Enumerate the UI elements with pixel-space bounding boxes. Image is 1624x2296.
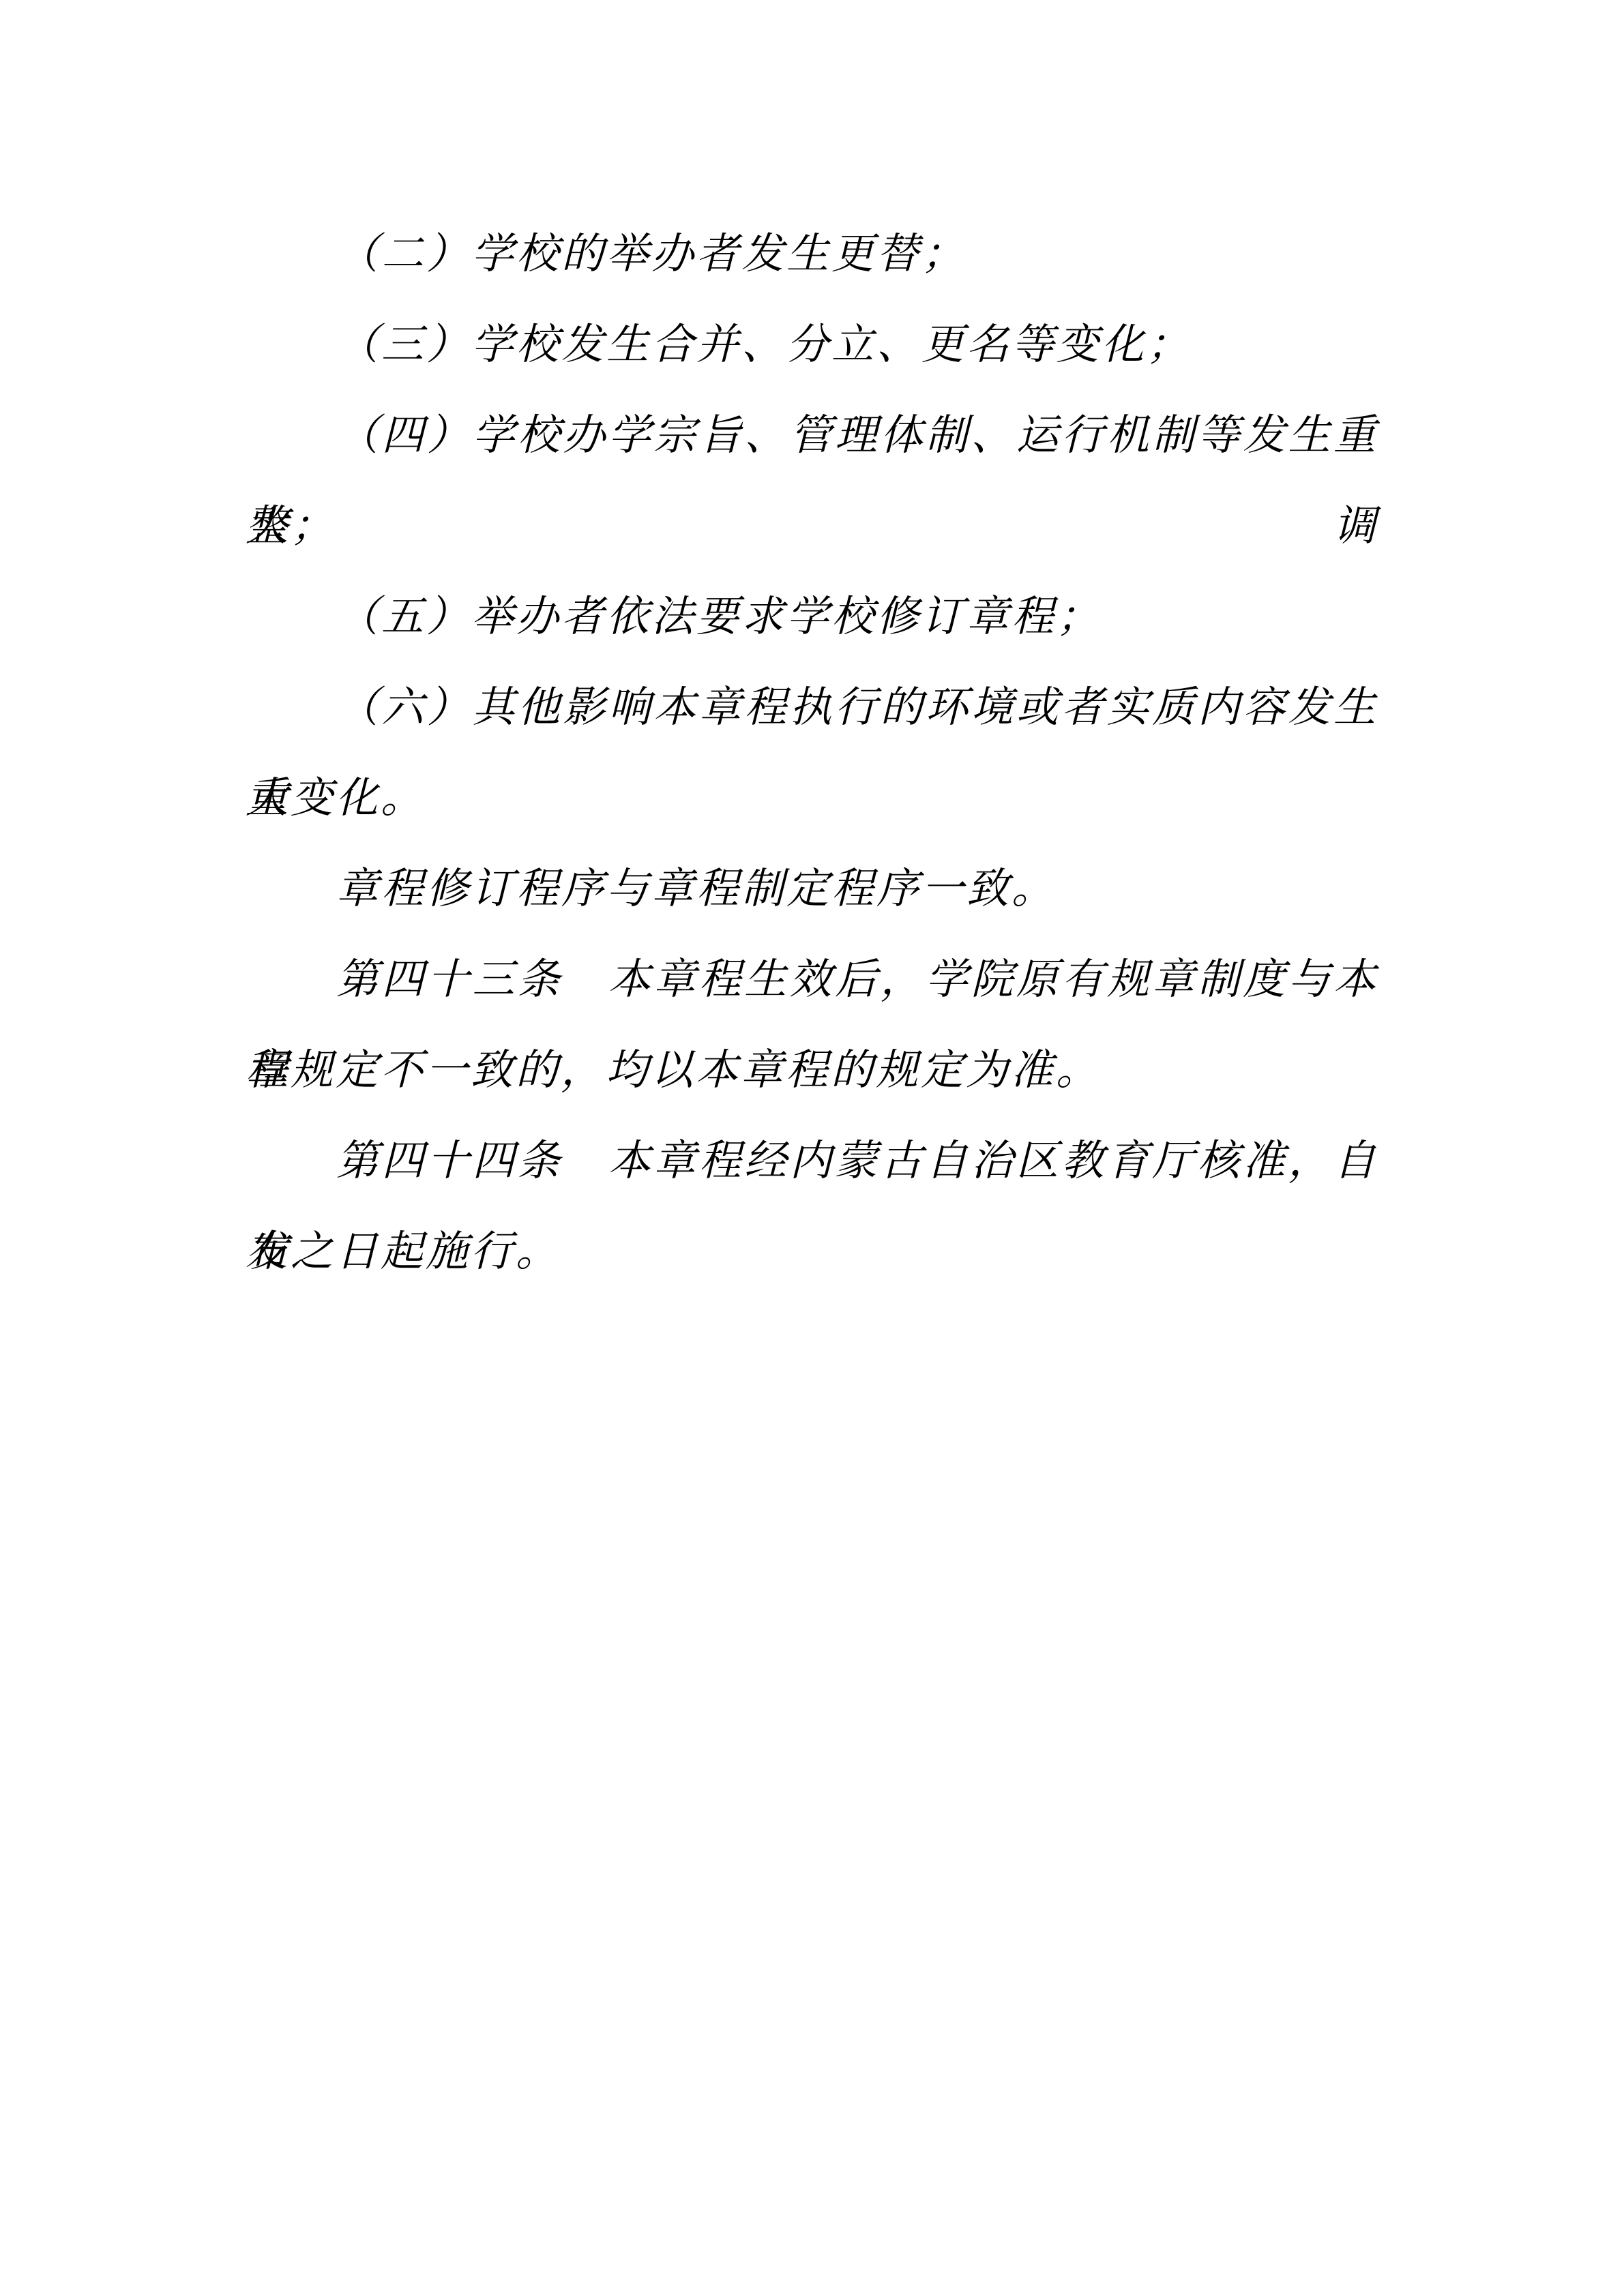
text-line: 程规定不一致的，均以本章程的规定为准。 — [246, 1026, 1378, 1116]
text-line: 第四十四条 本章程经内蒙古自治区教育厅核准，自发 — [246, 1116, 1378, 1207]
document-text-block: （二）学校的举办者发生更替；（三）学校发生合并、分立、更名等变化；（四）学校办学… — [246, 209, 1378, 1298]
text-line: （二）学校的举办者发生更替； — [246, 209, 1378, 300]
text-line: （五）举办者依法要求学校修订章程； — [246, 572, 1378, 663]
text-line: 第四十三条 本章程生效后，学院原有规章制度与本章 — [246, 935, 1378, 1026]
text-line: 大变化。 — [246, 754, 1378, 844]
text-line: 章程修订程序与章程制定程序一致。 — [246, 844, 1378, 935]
text-line: 布之日起施行。 — [246, 1207, 1378, 1298]
text-line: （四）学校办学宗旨、管理体制、运行机制等发生重大调 — [246, 391, 1378, 481]
text-line: （三）学校发生合并、分立、更名等变化； — [246, 300, 1378, 391]
document-page: （二）学校的举办者发生更替；（三）学校发生合并、分立、更名等变化；（四）学校办学… — [0, 0, 1624, 2296]
text-line: （六）其他影响本章程执行的环境或者实质内容发生重 — [246, 663, 1378, 754]
